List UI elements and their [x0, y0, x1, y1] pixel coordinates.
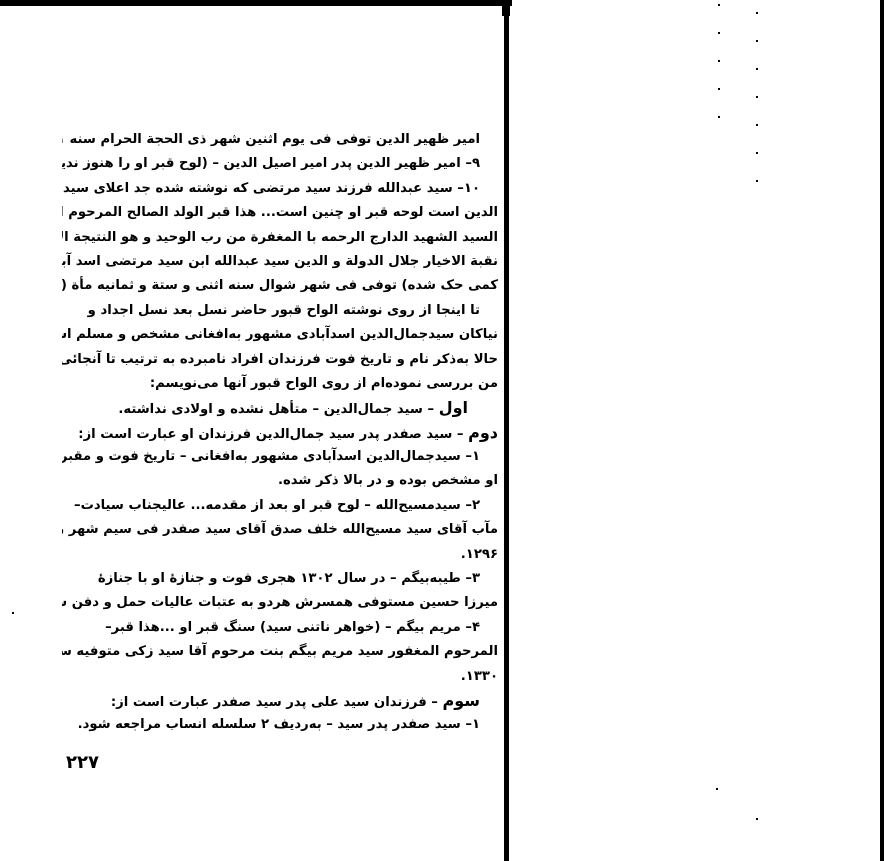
- section-line-third: سوم – فرزندان سید علی پدر سید صفدر عبارت…: [62, 689, 498, 713]
- text-line: میرزا حسین مستوفی همسرش هردو به عتبات عا…: [62, 591, 498, 615]
- scan-noise-dot: [716, 788, 718, 790]
- text-line: کمی حک شده) توفی فی شهر شوال سنه اثنی و …: [62, 274, 498, 298]
- text-line: نقبة الاخیار جلال الدولة و الدین سید عبد…: [62, 250, 498, 274]
- text-line: او مشخص بوده و در بالا ذکر شده.: [62, 469, 498, 493]
- section-heading-second: دوم: [468, 423, 498, 442]
- scan-noise-dots: [718, 4, 720, 124]
- scan-noise-dot: [756, 818, 758, 820]
- text-line: ۲– سیدمسیح‌الله – لوح قبر او بعد از مقدم…: [62, 494, 498, 518]
- section-heading-first: اول: [439, 398, 468, 417]
- section-line-first: اول – سید جمال‌الدین – متأهل نشده و اولا…: [62, 396, 498, 420]
- page-number: ۲۲۷: [66, 752, 99, 773]
- text-line: حالا به‌ذکر نام و تاریخ فوت فرزندان افرا…: [62, 348, 498, 372]
- section-text: – سید جمال‌الدین – متأهل نشده و اولادی ن…: [118, 402, 438, 417]
- text-line: السید الشهید الدارج الرحمه با المغفرة من…: [62, 226, 498, 250]
- text-line: ۴– مریم بیگم – (خواهر ناتنی سید) سنگ قبر…: [62, 616, 498, 640]
- text-line: ۱– سید صفدر پدر سید – به‌ردیف ۲ سلسله ان…: [62, 713, 498, 737]
- text-line: المرحوم المغفور سید مریم بیگم بنت مرحوم …: [62, 640, 498, 664]
- scan-noise-dots: [756, 12, 758, 182]
- book-page-text: امیر ظهیر الدین توفی فی یوم اثنین شهر ذی…: [62, 128, 498, 738]
- section-text: – فرزندان سید علی پدر سید صفدر عبارت است…: [111, 695, 443, 710]
- text-line: الدین است لوحه قبر او چنین است... هذا قب…: [62, 201, 498, 225]
- text-line: ۱۲۹۶.: [62, 543, 498, 567]
- section-heading-third: سوم: [443, 691, 481, 710]
- text-line: من بررسی نموده‌ام از روی الواح قبور آنها…: [62, 372, 498, 396]
- text-line: امیر ظهیر الدین توفی فی یوم اثنین شهر ذی…: [62, 128, 498, 152]
- text-line: ۳– طیبه‌بیگم – در سال ۱۳۰۲ هجری فوت و جن…: [62, 567, 498, 591]
- text-line: ۱۳۳۰.: [62, 665, 498, 689]
- section-line-second: دوم – سید صفدر پدر سید جمال‌الدین فرزندا…: [62, 421, 498, 445]
- text-line: ۹– امیر ظهیر الدین پدر امیر اصیل الدین –…: [62, 152, 498, 176]
- scan-noise-dot: [12, 612, 14, 614]
- scan-right-edge: [880, 0, 884, 861]
- text-line: مآب آقای سید مسیح‌الله خلف صدق آقای سید …: [62, 518, 498, 542]
- text-line: نیاکان سیدجمال‌الدین اسدآبادی مشهور به‌ا…: [62, 323, 498, 347]
- page-spine-border: [504, 0, 509, 861]
- page-top-border: [0, 0, 512, 6]
- text-line: ۱– سیدجمال‌الدین اسدآبادی مشهور به‌افغان…: [62, 445, 498, 469]
- text-line: ۱۰– سید عبدالله فرزند سید مرتضی که نوشته…: [62, 177, 498, 201]
- text-line: تا اینجا از روی نوشته الواح قبور حاضر نس…: [62, 299, 498, 323]
- section-text: – سید صفدر پدر سید جمال‌الدین فرزندان او…: [78, 427, 468, 442]
